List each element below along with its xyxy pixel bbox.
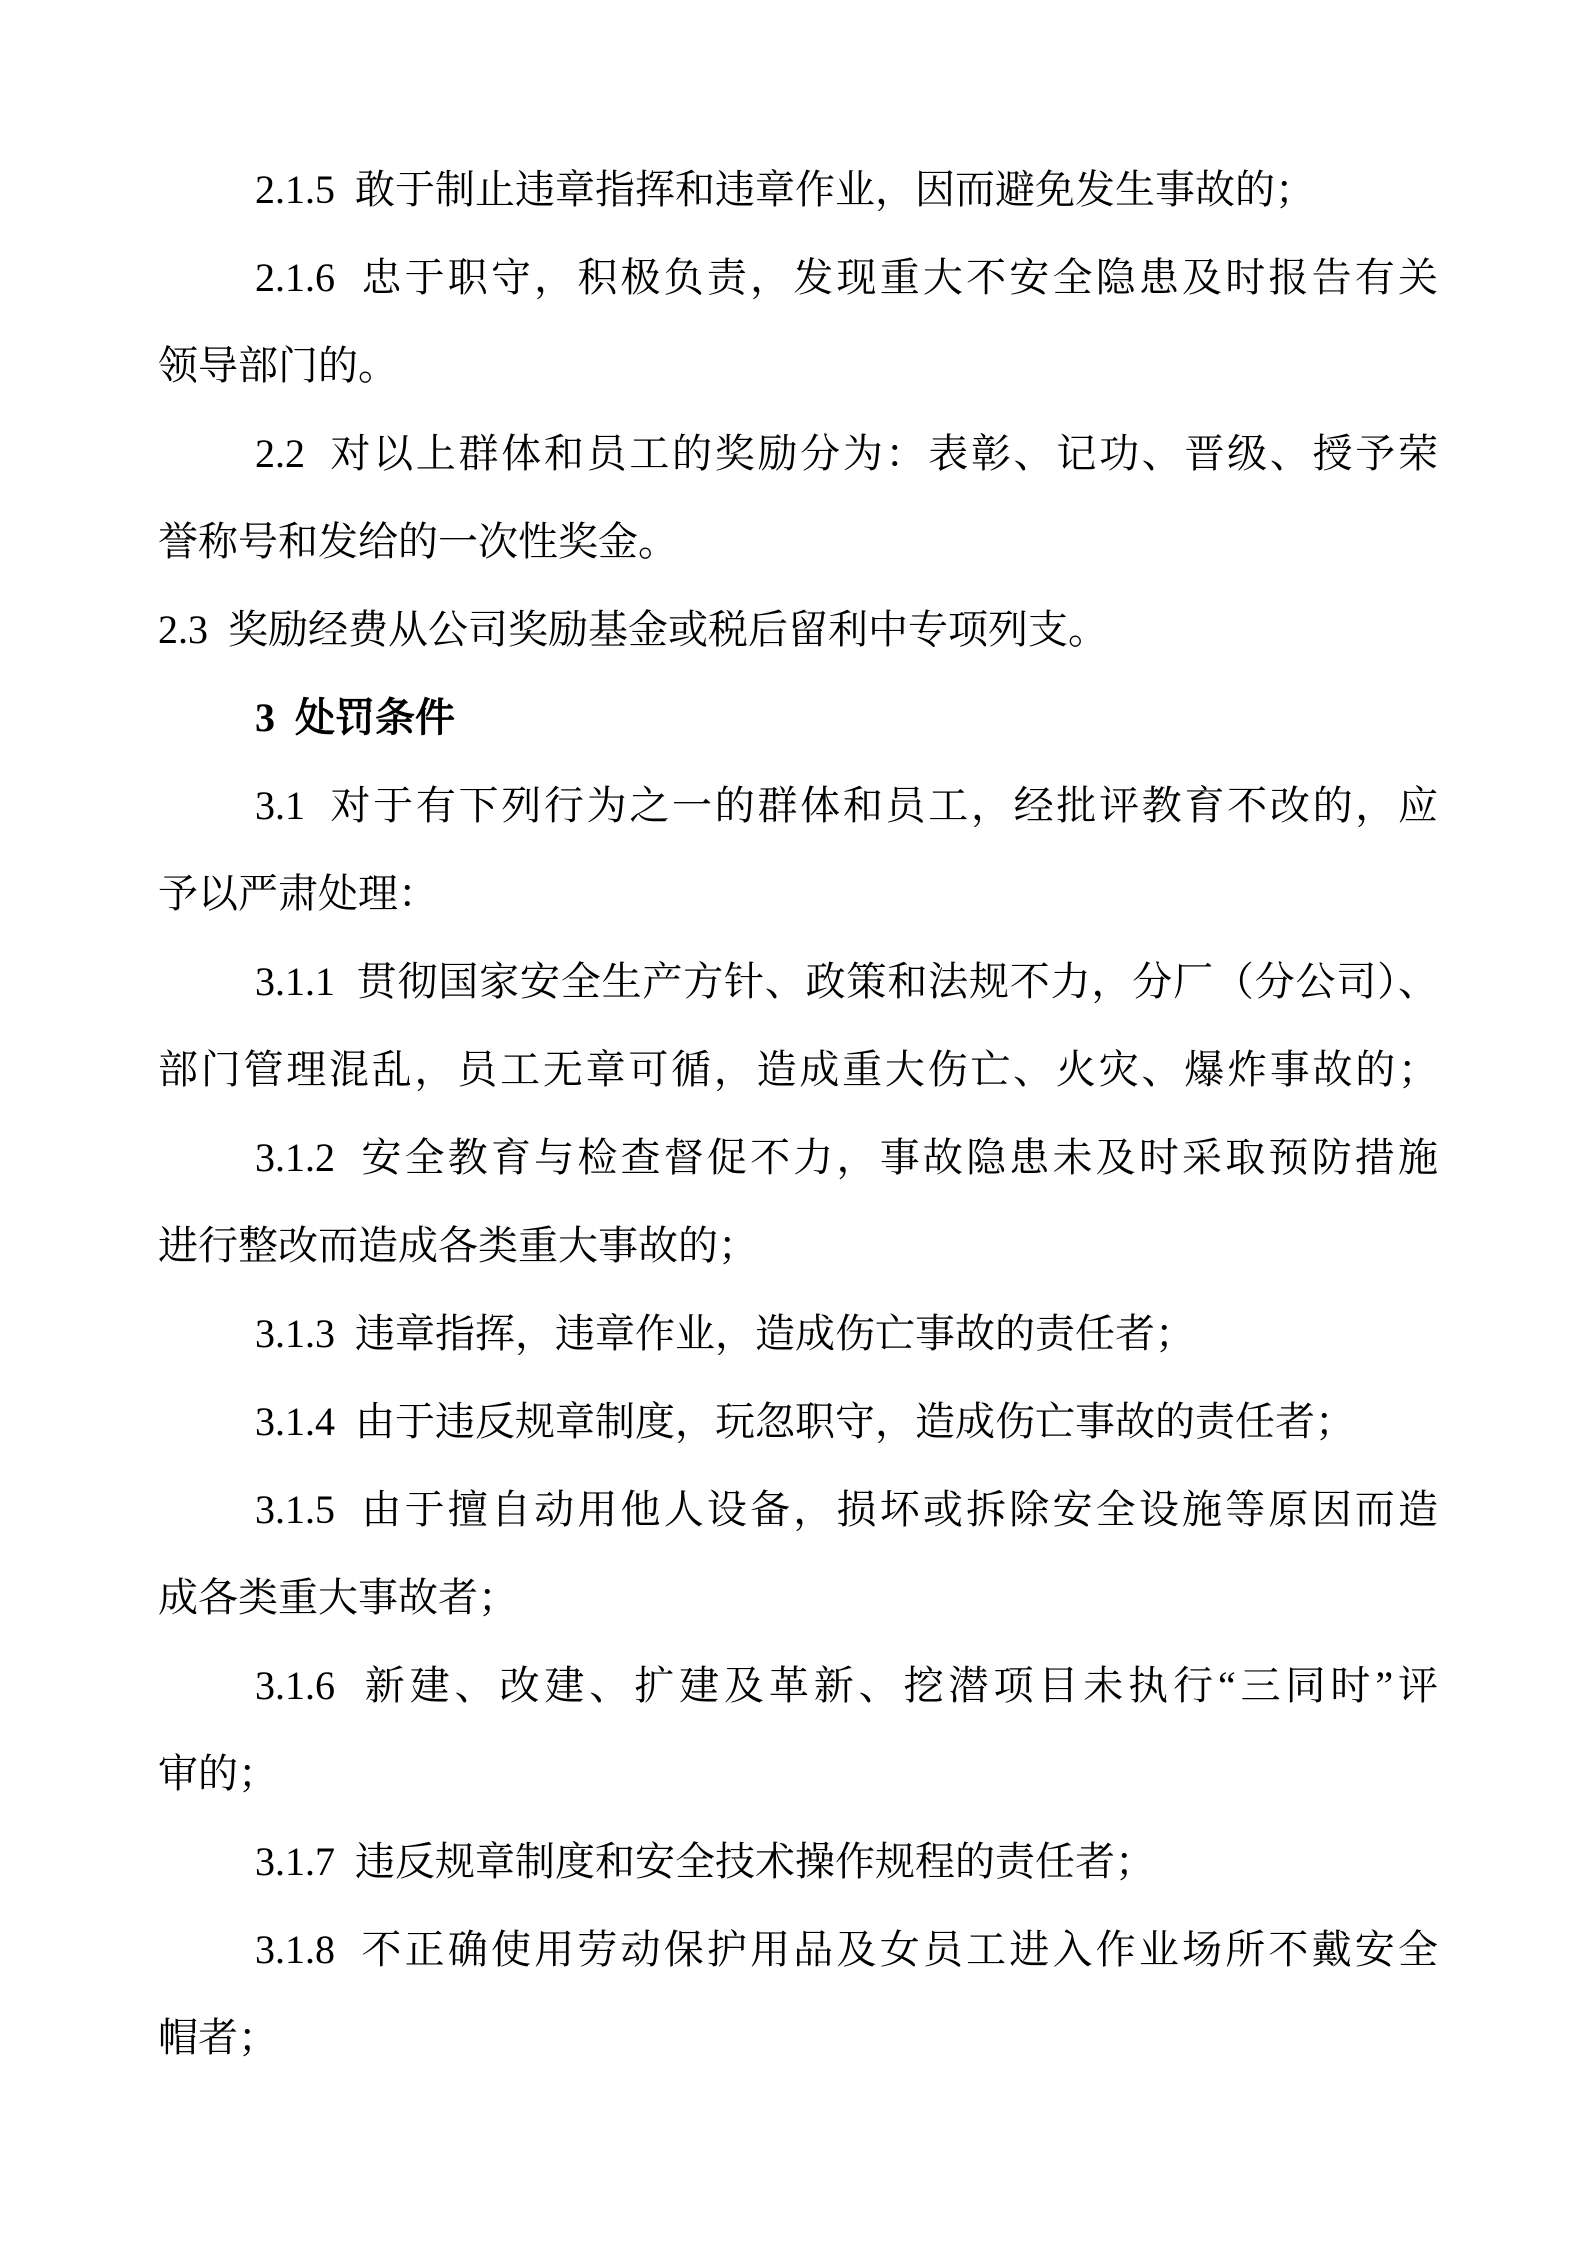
paragraph-2-3: 2.3 奖励经费从公司奖励基金或税后留利中专项列支。 [158, 586, 1438, 674]
text-line: 3.1.4 由于违反规章制度，玩忽职守，造成伤亡事故的责任者； [158, 1378, 1438, 1466]
paragraph-3-1-1: 3.1.1 贯彻国家安全生产方针、政策和法规不力，分厂（分公司）、部门管理混乱，… [158, 938, 1438, 1114]
paragraph-3-1-4: 3.1.4 由于违反规章制度，玩忽职守，造成伤亡事故的责任者； [158, 1378, 1438, 1466]
paragraph-3-1-2: 3.1.2 安全教育与检查督促不力，事故隐患未及时采取预防措施进行整改而造成各类… [158, 1114, 1438, 1290]
text-line: 誉称号和发给的一次性奖金。 [158, 498, 1438, 586]
text-line: 3.1.5 由于擅自动用他人设备，损坏或拆除安全设施等原因而造 [158, 1466, 1438, 1554]
text-line: 3 处罚条件 [158, 674, 1438, 762]
text-line: 2.2 对以上群体和员工的奖励分为：表彰、记功、晋级、授予荣 [158, 410, 1438, 498]
text-line: 3.1.2 安全教育与检查督促不力，事故隐患未及时采取预防措施 [158, 1114, 1438, 1202]
paragraph-3-1-7: 3.1.7 违反规章制度和安全技术操作规程的责任者； [158, 1818, 1438, 1906]
paragraph-3-1-6: 3.1.6 新建、改建、扩建及革新、挖潜项目未执行“三同时”评审的； [158, 1642, 1438, 1818]
text-line: 帽者； [158, 1994, 1438, 2082]
paragraph-3-1: 3.1 对于有下列行为之一的群体和员工，经批评教育不改的，应予以严肃处理： [158, 762, 1438, 938]
text-line: 成各类重大事故者； [158, 1554, 1438, 1642]
text-line: 予以严肃处理： [158, 850, 1438, 938]
text-block: 2.1.5 敢于制止违章指挥和违章作业，因而避免发生事故的；2.1.6 忠于职守… [158, 146, 1438, 2082]
text-line: 2.1.5 敢于制止违章指挥和违章作业，因而避免发生事故的； [158, 146, 1438, 234]
paragraph-3-1-3: 3.1.3 违章指挥，违章作业，造成伤亡事故的责任者； [158, 1290, 1438, 1378]
paragraph-2-1-5: 2.1.5 敢于制止违章指挥和违章作业，因而避免发生事故的； [158, 146, 1438, 234]
text-line: 部门管理混乱，员工无章可循，造成重大伤亡、火灾、爆炸事故的； [158, 1026, 1438, 1114]
text-line: 领导部门的。 [158, 322, 1438, 410]
text-line: 2.1.6 忠于职守，积极负责，发现重大不安全隐患及时报告有关 [158, 234, 1438, 322]
text-line: 2.3 奖励经费从公司奖励基金或税后留利中专项列支。 [158, 586, 1438, 674]
text-line: 进行整改而造成各类重大事故的； [158, 1202, 1438, 1290]
text-line: 审的； [158, 1730, 1438, 1818]
document-page: 2.1.5 敢于制止违章指挥和违章作业，因而避免发生事故的；2.1.6 忠于职守… [0, 0, 1587, 2245]
paragraph-3: 3 处罚条件 [158, 674, 1438, 762]
paragraph-3-1-5: 3.1.5 由于擅自动用他人设备，损坏或拆除安全设施等原因而造成各类重大事故者； [158, 1466, 1438, 1642]
text-line: 3.1.7 违反规章制度和安全技术操作规程的责任者； [158, 1818, 1438, 1906]
text-line: 3.1.1 贯彻国家安全生产方针、政策和法规不力，分厂（分公司）、 [158, 938, 1438, 1026]
text-line: 3.1 对于有下列行为之一的群体和员工，经批评教育不改的，应 [158, 762, 1438, 850]
paragraph-3-1-8: 3.1.8 不正确使用劳动保护用品及女员工进入作业场所不戴安全帽者； [158, 1906, 1438, 2082]
paragraph-2-2: 2.2 对以上群体和员工的奖励分为：表彰、记功、晋级、授予荣誉称号和发给的一次性… [158, 410, 1438, 586]
text-line: 3.1.3 违章指挥，违章作业，造成伤亡事故的责任者； [158, 1290, 1438, 1378]
text-line: 3.1.8 不正确使用劳动保护用品及女员工进入作业场所不戴安全 [158, 1906, 1438, 1994]
text-line: 3.1.6 新建、改建、扩建及革新、挖潜项目未执行“三同时”评 [158, 1642, 1438, 1730]
paragraph-2-1-6: 2.1.6 忠于职守，积极负责，发现重大不安全隐患及时报告有关领导部门的。 [158, 234, 1438, 410]
